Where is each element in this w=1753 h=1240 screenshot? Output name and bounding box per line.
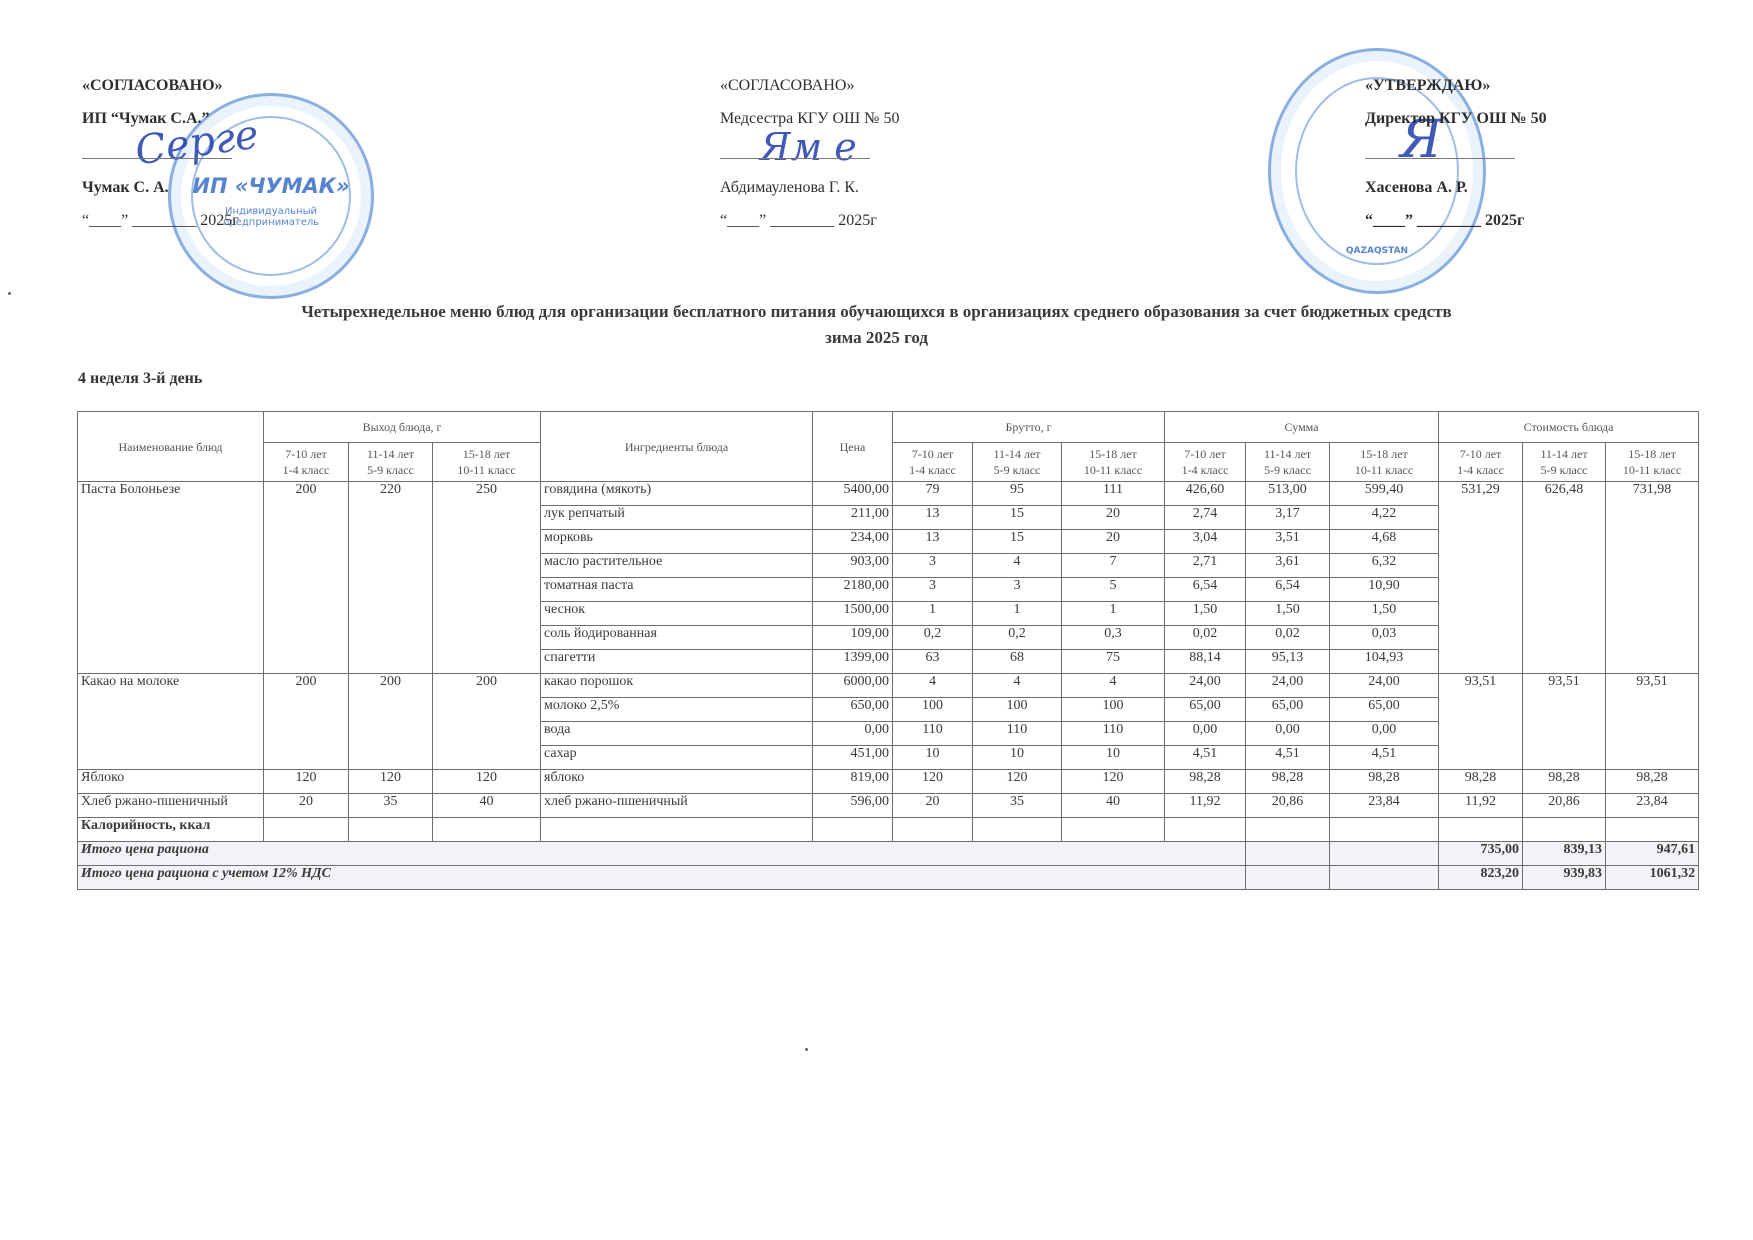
ingredient-brutto: 20 xyxy=(1062,506,1165,530)
ingredient-sum: 88,14 xyxy=(1165,650,1246,674)
ingredient-brutto: 13 xyxy=(893,506,973,530)
header-dish-name: Наименование блюд xyxy=(78,412,264,482)
ingredient-brutto: 95 xyxy=(973,482,1062,506)
ingredient-price: 2180,00 xyxy=(813,578,893,602)
ingredient-sum: 4,22 xyxy=(1330,506,1439,530)
ingredient-sum: 24,00 xyxy=(1165,674,1246,698)
grade-range: 1-4 класс xyxy=(896,462,969,478)
total-empty-cell xyxy=(1246,842,1330,866)
table-row: Хлеб ржано-пшеничный203540хлеб ржано-пше… xyxy=(78,794,1699,818)
dish-yield: 40 xyxy=(433,794,541,818)
dish-name: Хлеб ржано-пшеничный xyxy=(78,794,264,818)
dish-yield: 35 xyxy=(349,794,433,818)
dish-cost: 98,28 xyxy=(1606,770,1699,794)
dish-yield: 250 xyxy=(433,482,541,674)
ingredient-sum: 65,00 xyxy=(1330,698,1439,722)
grade-range: 10-11 класс xyxy=(1609,462,1695,478)
scan-speck xyxy=(805,1048,808,1051)
header-age-group: 15-18 лет10-11 класс xyxy=(1606,443,1699,482)
ingredient-name: томатная паста xyxy=(541,578,813,602)
ingredient-brutto: 0,2 xyxy=(973,626,1062,650)
ingredient-brutto: 120 xyxy=(973,770,1062,794)
approval-middle-name: Абдимауленова Г. К. xyxy=(720,180,899,196)
ingredient-brutto: 5 xyxy=(1062,578,1165,602)
ingredient-price: 234,00 xyxy=(813,530,893,554)
approval-left: «СОГЛАСОВАНО» ИП “Чумак С.А.” Чумак С. А… xyxy=(82,78,239,246)
dish-yield: 200 xyxy=(349,674,433,770)
stamp-right-text: QAZAQSTAN xyxy=(1271,246,1483,256)
ingredient-sum: 65,00 xyxy=(1165,698,1246,722)
dish-yield: 200 xyxy=(264,482,349,674)
ingredient-brutto: 100 xyxy=(973,698,1062,722)
grade-range: 5-9 класс xyxy=(352,462,429,478)
age-range: 11-14 лет xyxy=(1249,446,1326,462)
ingredient-sum: 6,54 xyxy=(1165,578,1246,602)
calories-cell xyxy=(1439,818,1523,842)
grade-range: 1-4 класс xyxy=(1168,462,1242,478)
ingredient-sum: 0,00 xyxy=(1165,722,1246,746)
ingredient-price: 109,00 xyxy=(813,626,893,650)
calories-cell xyxy=(973,818,1062,842)
header-dish-cost: Стоимость блюда xyxy=(1439,412,1699,443)
calories-cell xyxy=(349,818,433,842)
ingredient-brutto: 3 xyxy=(973,578,1062,602)
ingredient-brutto: 120 xyxy=(893,770,973,794)
age-range: 11-14 лет xyxy=(352,446,429,462)
ingredient-brutto: 63 xyxy=(893,650,973,674)
menu-table: Наименование блюд Выход блюда, г Ингреди… xyxy=(77,411,1699,890)
ingredient-brutto: 1 xyxy=(973,602,1062,626)
ingredient-sum: 0,03 xyxy=(1330,626,1439,650)
approval-middle-org: Медсестра КГУ ОШ № 50 xyxy=(720,111,899,127)
ingredient-name: вода xyxy=(541,722,813,746)
ingredient-name: соль йодированная xyxy=(541,626,813,650)
ingredient-brutto: 110 xyxy=(1062,722,1165,746)
header-price: Цена xyxy=(813,412,893,482)
ingredient-brutto: 1 xyxy=(1062,602,1165,626)
ingredient-sum: 1,50 xyxy=(1330,602,1439,626)
ingredient-sum: 11,92 xyxy=(1165,794,1246,818)
total-label: Итого цена рациона xyxy=(78,842,1246,866)
ingredient-name: морковь xyxy=(541,530,813,554)
ingredient-brutto: 7 xyxy=(1062,554,1165,578)
total-empty-cell xyxy=(1330,866,1439,890)
week-day-label: 4 неделя 3-й день xyxy=(78,370,202,388)
table-row: Какао на молоке200200200какао порошок600… xyxy=(78,674,1699,698)
header-age-group: 15-18 лет10-11 класс xyxy=(433,443,541,482)
ingredient-name: масло растительное xyxy=(541,554,813,578)
ingredient-price: 903,00 xyxy=(813,554,893,578)
dish-cost: 731,98 xyxy=(1606,482,1699,674)
header-age-group: 7-10 лет1-4 класс xyxy=(1439,443,1523,482)
age-range: 15-18 лет xyxy=(1065,446,1161,462)
ingredient-sum: 2,74 xyxy=(1165,506,1246,530)
age-range: 15-18 лет xyxy=(436,446,537,462)
ingredient-sum: 6,54 xyxy=(1246,578,1330,602)
grade-range: 10-11 класс xyxy=(436,462,537,478)
ingredient-sum: 23,84 xyxy=(1330,794,1439,818)
dish-yield: 200 xyxy=(264,674,349,770)
approval-right-date: “____” ________ 2025г xyxy=(1365,213,1547,229)
approval-left-date: “____” ________ 2025г xyxy=(82,213,239,229)
approval-middle: «СОГЛАСОВАНО» Медсестра КГУ ОШ № 50 Абди… xyxy=(720,78,899,246)
header-age-group: 7-10 лет1-4 класс xyxy=(1165,443,1246,482)
header-age-group: 7-10 лет1-4 класс xyxy=(893,443,973,482)
dish-yield: 200 xyxy=(433,674,541,770)
ingredient-price: 596,00 xyxy=(813,794,893,818)
calories-cell xyxy=(433,818,541,842)
total-value: 1061,32 xyxy=(1606,866,1699,890)
ingredient-sum: 98,28 xyxy=(1246,770,1330,794)
ingredient-price: 650,00 xyxy=(813,698,893,722)
ingredient-price: 5400,00 xyxy=(813,482,893,506)
ingredient-brutto: 0,3 xyxy=(1062,626,1165,650)
dish-name: Какао на молоке xyxy=(78,674,264,770)
dish-cost: 531,29 xyxy=(1439,482,1523,674)
dish-yield: 220 xyxy=(349,482,433,674)
ingredient-price: 211,00 xyxy=(813,506,893,530)
approval-right: «УТВЕРЖДАЮ» Директор КГУ ОШ № 50 Хасенов… xyxy=(1365,78,1547,246)
total-empty-cell xyxy=(1246,866,1330,890)
ingredient-sum: 599,40 xyxy=(1330,482,1439,506)
header-ingredients: Ингредиенты блюда xyxy=(541,412,813,482)
grade-range: 10-11 класс xyxy=(1065,462,1161,478)
ingredient-sum: 4,51 xyxy=(1246,746,1330,770)
ingredient-brutto: 120 xyxy=(1062,770,1165,794)
ingredient-brutto: 4 xyxy=(973,674,1062,698)
ingredient-sum: 104,93 xyxy=(1330,650,1439,674)
ingredient-sum: 98,28 xyxy=(1165,770,1246,794)
calories-cell xyxy=(1062,818,1165,842)
ingredient-brutto: 20 xyxy=(1062,530,1165,554)
calories-cell xyxy=(1330,818,1439,842)
ingredient-name: хлеб ржано-пшеничный xyxy=(541,794,813,818)
ingredient-sum: 6,32 xyxy=(1330,554,1439,578)
total-value: 939,83 xyxy=(1523,866,1606,890)
total-label: Итого цена рациона с учетом 12% НДС xyxy=(78,866,1246,890)
ingredient-sum: 0,00 xyxy=(1246,722,1330,746)
ingredient-brutto: 4 xyxy=(973,554,1062,578)
dish-cost: 93,51 xyxy=(1606,674,1699,770)
ingredient-price: 819,00 xyxy=(813,770,893,794)
approval-right-name: Хасенова А. Р. xyxy=(1365,180,1547,196)
total-value: 823,20 xyxy=(1439,866,1523,890)
document-subtitle: зима 2025 год xyxy=(0,328,1753,348)
header-age-group: 7-10 лет1-4 класс xyxy=(264,443,349,482)
ingredient-price: 1399,00 xyxy=(813,650,893,674)
dish-cost: 20,86 xyxy=(1523,794,1606,818)
approval-middle-signature-line xyxy=(720,144,870,159)
dish-cost: 98,28 xyxy=(1439,770,1523,794)
ingredient-price: 0,00 xyxy=(813,722,893,746)
ingredient-brutto: 100 xyxy=(893,698,973,722)
dish-yield: 120 xyxy=(264,770,349,794)
age-range: 7-10 лет xyxy=(1442,446,1519,462)
ingredient-sum: 10,90 xyxy=(1330,578,1439,602)
ingredient-sum: 98,28 xyxy=(1330,770,1439,794)
ingredient-name: сахар xyxy=(541,746,813,770)
ingredient-price: 451,00 xyxy=(813,746,893,770)
approval-right-org: Директор КГУ ОШ № 50 xyxy=(1365,111,1547,127)
calories-cell xyxy=(1165,818,1246,842)
ingredient-brutto: 10 xyxy=(973,746,1062,770)
dish-cost: 93,51 xyxy=(1439,674,1523,770)
ingredient-brutto: 15 xyxy=(973,530,1062,554)
ingredient-brutto: 75 xyxy=(1062,650,1165,674)
approval-left-title: «СОГЛАСОВАНО» xyxy=(82,78,239,94)
calories-cell xyxy=(1246,818,1330,842)
ingredient-name: молоко 2,5% xyxy=(541,698,813,722)
ingredient-sum: 65,00 xyxy=(1246,698,1330,722)
ingredient-brutto: 1 xyxy=(893,602,973,626)
ingredient-brutto: 40 xyxy=(1062,794,1165,818)
dish-yield: 20 xyxy=(264,794,349,818)
header-yield: Выход блюда, г xyxy=(264,412,541,443)
ingredient-brutto: 13 xyxy=(893,530,973,554)
ingredient-sum: 0,02 xyxy=(1246,626,1330,650)
header-age-group: 11-14 лет5-9 класс xyxy=(349,443,433,482)
ingredient-sum: 2,71 xyxy=(1165,554,1246,578)
calories-cell xyxy=(1523,818,1606,842)
ingredient-sum: 0,02 xyxy=(1165,626,1246,650)
ingredient-brutto: 3 xyxy=(893,578,973,602)
ingredient-name: спагетти xyxy=(541,650,813,674)
header-sum: Сумма xyxy=(1165,412,1439,443)
dish-yield: 120 xyxy=(349,770,433,794)
calories-cell xyxy=(541,818,813,842)
ingredient-sum: 95,13 xyxy=(1246,650,1330,674)
ingredient-sum: 4,51 xyxy=(1165,746,1246,770)
grade-range: 1-4 класс xyxy=(1442,462,1519,478)
dish-yield: 120 xyxy=(433,770,541,794)
age-range: 11-14 лет xyxy=(976,446,1058,462)
age-range: 7-10 лет xyxy=(267,446,345,462)
approval-middle-date: “____” ________ 2025г xyxy=(720,213,899,229)
scan-speck xyxy=(8,292,11,295)
ingredient-sum: 3,04 xyxy=(1165,530,1246,554)
menu-body: Паста Болоньезе200220250говядина (мякоть… xyxy=(78,482,1699,890)
age-range: 7-10 лет xyxy=(1168,446,1242,462)
ingredient-brutto: 20 xyxy=(893,794,973,818)
approval-middle-title: «СОГЛАСОВАНО» xyxy=(720,78,899,94)
header-age-group: 11-14 лет5-9 класс xyxy=(1523,443,1606,482)
dish-name: Паста Болоньезе xyxy=(78,482,264,674)
grade-range: 10-11 класс xyxy=(1333,462,1435,478)
document-title: Четырехнедельное меню блюд для организац… xyxy=(0,302,1753,322)
ingredient-brutto: 100 xyxy=(1062,698,1165,722)
grade-range: 1-4 класс xyxy=(267,462,345,478)
dish-cost: 98,28 xyxy=(1523,770,1606,794)
calories-cell xyxy=(813,818,893,842)
age-range: 11-14 лет xyxy=(1526,446,1602,462)
ingredient-sum: 3,17 xyxy=(1246,506,1330,530)
ingredient-brutto: 15 xyxy=(973,506,1062,530)
ingredient-sum: 1,50 xyxy=(1165,602,1246,626)
ingredient-sum: 513,00 xyxy=(1246,482,1330,506)
calories-cell xyxy=(893,818,973,842)
approval-left-org: ИП “Чумак С.А.” xyxy=(82,111,239,127)
calories-label: Калорийность, ккал xyxy=(78,818,264,842)
ingredient-brutto: 79 xyxy=(893,482,973,506)
dish-name: Яблоко xyxy=(78,770,264,794)
ingredient-brutto: 35 xyxy=(973,794,1062,818)
ingredient-brutto: 3 xyxy=(893,554,973,578)
ingredient-brutto: 10 xyxy=(893,746,973,770)
ingredient-price: 6000,00 xyxy=(813,674,893,698)
ingredient-sum: 1,50 xyxy=(1246,602,1330,626)
ingredient-name: какао порошок xyxy=(541,674,813,698)
header-brutto: Брутто, г xyxy=(893,412,1165,443)
ingredient-price: 1500,00 xyxy=(813,602,893,626)
header-age-group: 11-14 лет5-9 класс xyxy=(1246,443,1330,482)
table-row: Паста Болоньезе200220250говядина (мякоть… xyxy=(78,482,1699,506)
total-value: 947,61 xyxy=(1606,842,1699,866)
grade-range: 5-9 класс xyxy=(976,462,1058,478)
grade-range: 5-9 класс xyxy=(1526,462,1602,478)
dish-cost: 11,92 xyxy=(1439,794,1523,818)
ingredient-brutto: 4 xyxy=(1062,674,1165,698)
ingredient-sum: 426,60 xyxy=(1165,482,1246,506)
age-range: 7-10 лет xyxy=(896,446,969,462)
approval-left-name: Чумак С. А. xyxy=(82,180,239,196)
ingredient-name: лук репчатый xyxy=(541,506,813,530)
ingredient-brutto: 10 xyxy=(1062,746,1165,770)
age-range: 15-18 лет xyxy=(1333,446,1435,462)
age-range: 15-18 лет xyxy=(1609,446,1695,462)
ingredient-sum: 4,68 xyxy=(1330,530,1439,554)
total-empty-cell xyxy=(1330,842,1439,866)
ingredient-name: говядина (мякоть) xyxy=(541,482,813,506)
ingredient-brutto: 110 xyxy=(973,722,1062,746)
ingredient-brutto: 68 xyxy=(973,650,1062,674)
header-age-group: 15-18 лет10-11 класс xyxy=(1062,443,1165,482)
ingredient-brutto: 111 xyxy=(1062,482,1165,506)
table-row: Яблоко120120120яблоко819,0012012012098,2… xyxy=(78,770,1699,794)
approval-right-signature-line xyxy=(1365,144,1515,159)
ingredient-brutto: 0,2 xyxy=(893,626,973,650)
ingredient-sum: 24,00 xyxy=(1246,674,1330,698)
approval-left-signature-line xyxy=(82,144,232,159)
calories-cell xyxy=(264,818,349,842)
header-age-group: 11-14 лет5-9 класс xyxy=(973,443,1062,482)
ingredient-brutto: 110 xyxy=(893,722,973,746)
approval-right-title: «УТВЕРЖДАЮ» xyxy=(1365,78,1547,94)
ingredient-brutto: 4 xyxy=(893,674,973,698)
grade-range: 5-9 класс xyxy=(1249,462,1326,478)
ingredient-name: яблоко xyxy=(541,770,813,794)
header-age-group: 15-18 лет10-11 класс xyxy=(1330,443,1439,482)
dish-cost: 93,51 xyxy=(1523,674,1606,770)
dish-cost: 23,84 xyxy=(1606,794,1699,818)
ingredient-sum: 3,51 xyxy=(1246,530,1330,554)
total-row: Итого цена рациона735,00839,13947,61 xyxy=(78,842,1699,866)
ingredient-name: чеснок xyxy=(541,602,813,626)
dish-cost: 626,48 xyxy=(1523,482,1606,674)
calories-cell xyxy=(1606,818,1699,842)
ingredient-sum: 24,00 xyxy=(1330,674,1439,698)
ingredient-sum: 20,86 xyxy=(1246,794,1330,818)
ingredient-sum: 0,00 xyxy=(1330,722,1439,746)
calories-row: Калорийность, ккал xyxy=(78,818,1699,842)
ingredient-sum: 3,61 xyxy=(1246,554,1330,578)
total-value: 735,00 xyxy=(1439,842,1523,866)
total-row: Итого цена рациона с учетом 12% НДС823,2… xyxy=(78,866,1699,890)
total-value: 839,13 xyxy=(1523,842,1606,866)
ingredient-sum: 4,51 xyxy=(1330,746,1439,770)
